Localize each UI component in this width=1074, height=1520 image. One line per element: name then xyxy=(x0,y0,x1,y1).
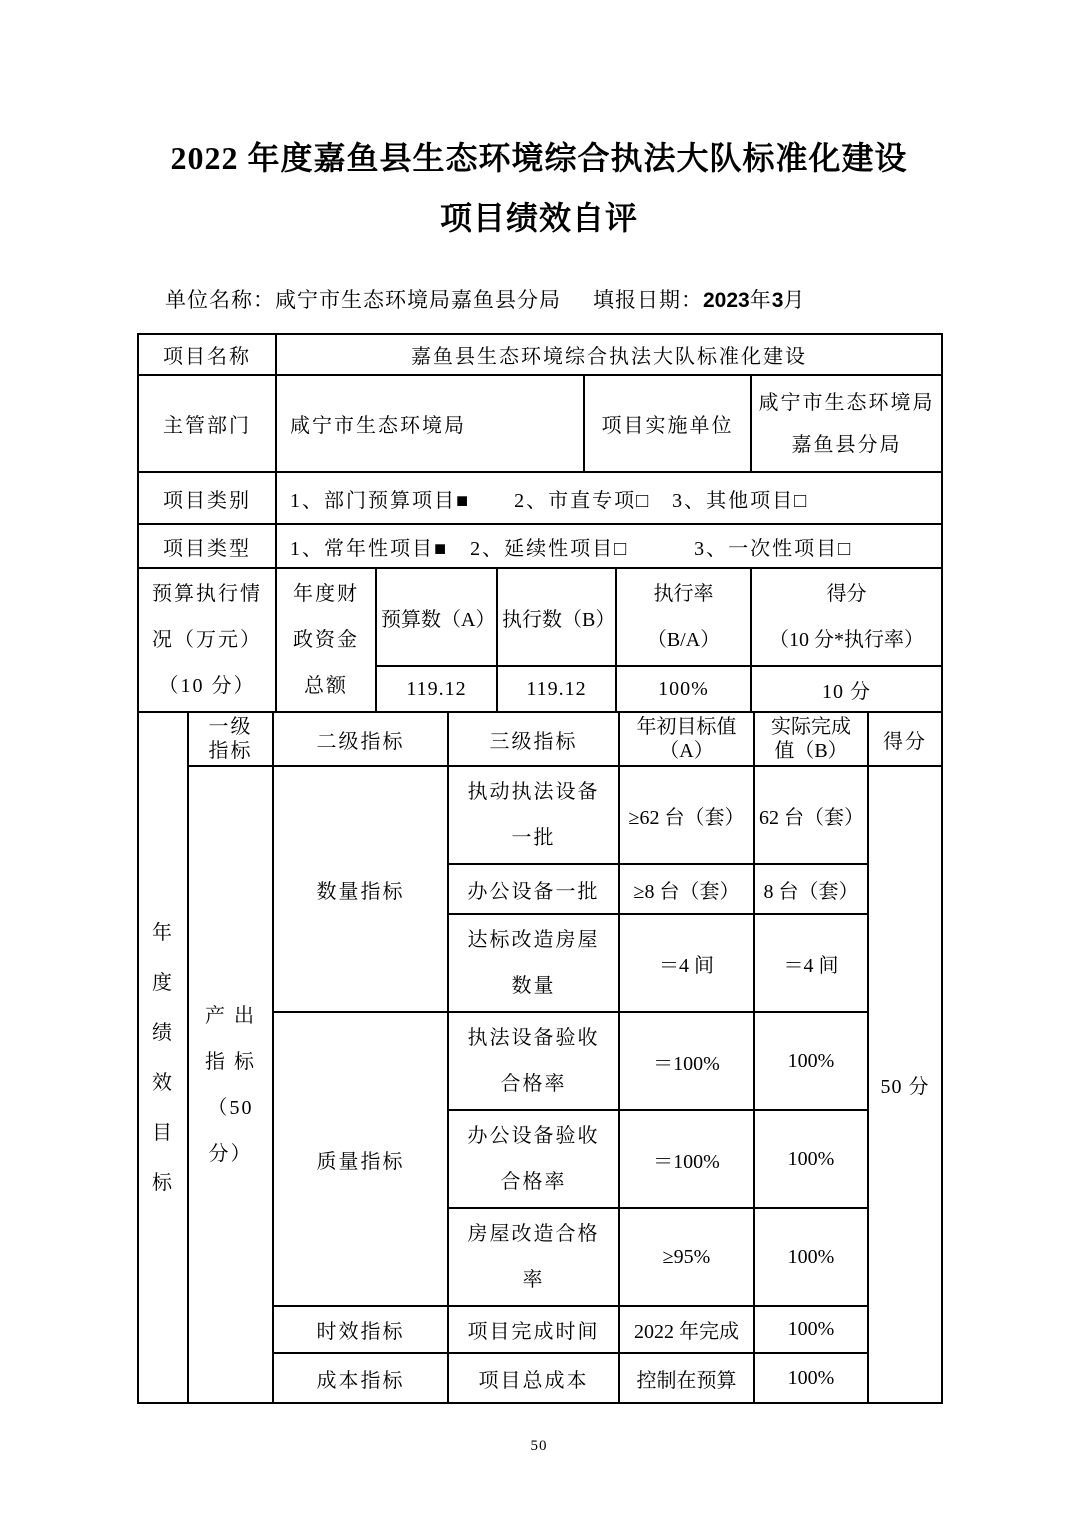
dept-value-cell: 咸宁市生态环境局 xyxy=(276,375,584,472)
budget-section-label-cell: 预算执行情 况（万元） （10 分） xyxy=(138,568,276,712)
target-header-cell: 年初目标值 （A） xyxy=(619,712,754,766)
budget-score-value: 10 分 xyxy=(751,666,942,712)
report-date-year-unit: 年 xyxy=(750,288,772,312)
report-date-label: 填报日期： xyxy=(593,288,703,312)
annual-fund-label-cell: 年度财 政资金 总额 xyxy=(276,568,376,712)
project-info-table: 项目名称 嘉鱼县生态环境综合执法大队标准化建设 主管部门 咸宁市生态环境局 项目… xyxy=(137,333,943,569)
project-category-label-cell: 项目类别 xyxy=(138,472,276,524)
indicator-name-cell: 执法设备验收 合格率 xyxy=(448,1012,619,1110)
dept-label-cell: 主管部门 xyxy=(138,375,276,472)
project-type-label-cell: 项目类型 xyxy=(138,524,276,568)
level1-header-cell: 一级 指标 xyxy=(188,712,273,766)
actual-value-cell: ＝4 间 xyxy=(754,914,868,1012)
unit-name-label: 单位名称： xyxy=(165,288,275,312)
indicator-name-cell: 项目完成时间 xyxy=(448,1306,619,1353)
unit-name-value: 咸宁市生态环境局嘉鱼县分局 xyxy=(275,288,561,312)
budget-b-value: 119.12 xyxy=(497,666,616,712)
indicator-name-cell: 办公设备一批 xyxy=(448,864,619,914)
indicator-name-cell: 房屋改造合格 率 xyxy=(448,1208,619,1306)
indicator-name-cell: 项目总成本 xyxy=(448,1353,619,1403)
target-value-cell: 2022 年完成 xyxy=(619,1306,754,1353)
report-date-year: 2023 xyxy=(703,289,750,312)
indicator-name-cell: 达标改造房屋 数量 xyxy=(448,914,619,1012)
project-category-value-cell: 1、部门预算项目■ 2、市直专项□ 3、其他项目□ xyxy=(276,472,942,524)
impl-unit-value-cell: 咸宁市生态环境局 嘉鱼县分局 xyxy=(751,375,942,472)
budget-score-header: 得分 （10 分*执行率） xyxy=(751,568,942,666)
budget-rate-header: 执行率 （B/A） xyxy=(616,568,751,666)
budget-rate-value: 100% xyxy=(616,666,751,712)
target-value-cell: ＝100% xyxy=(619,1110,754,1208)
actual-value-cell: 8 台（套） xyxy=(754,864,868,914)
actual-value-cell: 100% xyxy=(754,1306,868,1353)
actual-value-cell: 100% xyxy=(754,1012,868,1110)
group-cost-cell: 成本指标 xyxy=(273,1353,448,1403)
doc-title-line2: 项目绩效自评 xyxy=(137,188,941,248)
actual-value-cell: 100% xyxy=(754,1208,868,1306)
actual-header-cell: 实际完成 值（B） xyxy=(754,712,868,766)
meta-line: 单位名称：咸宁市生态环境局嘉鱼县分局填报日期：2023年3月 xyxy=(137,278,941,323)
indicator-name-cell: 办公设备验收 合格率 xyxy=(448,1110,619,1208)
document-title: 2022 年度嘉鱼县生态环境综合执法大队标准化建设 项目绩效自评 xyxy=(137,0,941,248)
actual-value-cell: 100% xyxy=(754,1110,868,1208)
target-value-cell: ≥62 台（套） xyxy=(619,766,754,864)
budget-col-b-header: 执行数（B） xyxy=(497,568,616,666)
level2-header-cell: 二级指标 xyxy=(273,712,448,766)
target-value-cell: ＝4 间 xyxy=(619,914,754,1012)
report-date-month: 3 xyxy=(772,289,784,312)
page-number: 50 xyxy=(137,1434,941,1458)
score-header-cell: 得分 xyxy=(868,712,942,766)
impl-unit-label-cell: 项目实施单位 xyxy=(584,375,751,472)
report-date-month-unit: 月 xyxy=(783,288,805,312)
group-quality-cell: 质量指标 xyxy=(273,1012,448,1306)
document-page: 2022 年度嘉鱼县生态环境综合执法大队标准化建设 项目绩效自评 单位名称：咸宁… xyxy=(137,0,941,1458)
target-value-cell: ≥8 台（套） xyxy=(619,864,754,914)
target-value-cell: ＝100% xyxy=(619,1012,754,1110)
project-type-value-cell: 1、常年性项目■ 2、延续性项目□ 3、一次性项目□ xyxy=(276,524,942,568)
group-quantity-cell: 数量指标 xyxy=(273,766,448,1012)
doc-title-line1: 2022 年度嘉鱼县生态环境综合执法大队标准化建设 xyxy=(137,128,941,188)
actual-value-cell: 62 台（套） xyxy=(754,766,868,864)
project-name-value-cell: 嘉鱼县生态环境综合执法大队标准化建设 xyxy=(276,334,942,375)
budget-a-value: 119.12 xyxy=(376,666,497,712)
budget-execution-table: 预算执行情 况（万元） （10 分） 年度财 政资金 总额 预算数（A） 执行数… xyxy=(137,567,943,713)
project-name-label-cell: 项目名称 xyxy=(138,334,276,375)
level3-header-cell: 三级指标 xyxy=(448,712,619,766)
actual-value-cell: 100% xyxy=(754,1353,868,1403)
indicator-name-cell: 执动执法设备 一批 xyxy=(448,766,619,864)
total-score-cell: 50 分 xyxy=(868,766,942,1403)
budget-col-a-header: 预算数（A） xyxy=(376,568,497,666)
indicators-table: 年 度 绩 效 目 标 一级 指标 二级指标 三级指标 年初目标值 （A） 实际… xyxy=(137,711,943,1404)
group-time-cell: 时效指标 xyxy=(273,1306,448,1353)
annual-goal-side-label-cell: 年 度 绩 效 目 标 xyxy=(138,712,188,1403)
target-value-cell: 控制在预算 xyxy=(619,1353,754,1403)
target-value-cell: ≥95% xyxy=(619,1208,754,1306)
level1-output-indicator-cell: 产 出 指 标 （50 分） xyxy=(188,766,273,1403)
